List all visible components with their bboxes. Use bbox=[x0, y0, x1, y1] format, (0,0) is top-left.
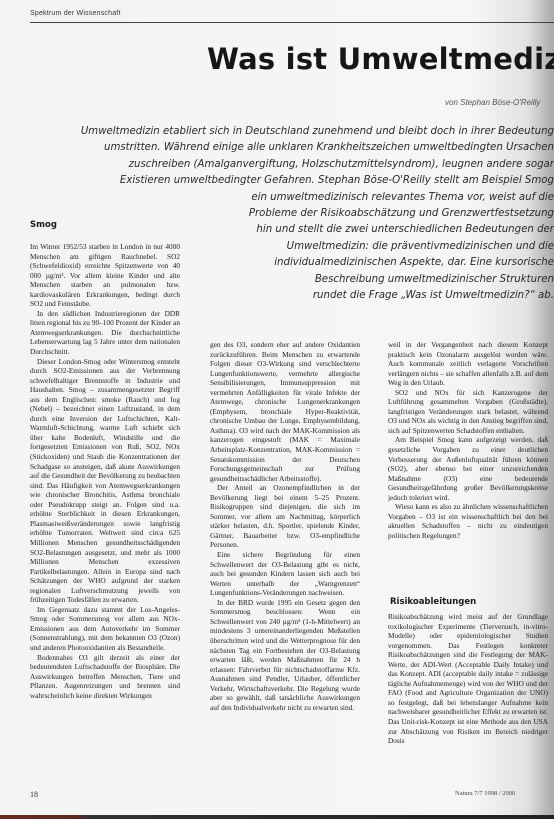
footer-source: Natura 7/7 1998 / 2000 bbox=[455, 790, 515, 797]
bottom-rule bbox=[0, 815, 554, 819]
section-heading-smog: Smog bbox=[30, 220, 57, 230]
paragraph: Risikoabschätzung wird meist auf der Gru… bbox=[388, 612, 548, 746]
paragraph: Der Anteil an Ozonempfindlichen in der B… bbox=[210, 483, 360, 550]
paragraph: SO2 und NOx für sich Kanzerogene der Luf… bbox=[388, 388, 548, 436]
column-right-risk: Risikoabschätzung wird meist auf der Gru… bbox=[388, 612, 548, 762]
lead-line: hin und stellt die zwei unterschiedliche… bbox=[80, 222, 554, 238]
column-middle: gen des O3, sondern eher auf andere Oxid… bbox=[210, 340, 360, 740]
paragraph: Eine sichere Begründung für einen Schwel… bbox=[210, 550, 360, 598]
lead-line: Umweltmedizin etabliert sich in Deutschl… bbox=[80, 124, 554, 140]
paragraph: Am Beispiel Smog kann aufgezeigt werden,… bbox=[388, 435, 548, 502]
column-right: weil in der Vergangenheit nach diesem Ko… bbox=[388, 340, 548, 590]
paragraph: gen des O3, sondern eher auf andere Oxid… bbox=[210, 340, 360, 483]
paragraph: In der BRD wurde 1995 ein Gesetz gegen d… bbox=[210, 598, 360, 713]
paragraph: Bodennahes O3 gilt derzeit als einer der… bbox=[30, 653, 180, 701]
lead-line: Existieren umweltbedingter Gefahren. Ste… bbox=[80, 173, 554, 189]
magazine-page: Spektrum der Wissenschaft Was ist Umwelt… bbox=[0, 0, 554, 819]
lead-line: Probleme der Risikoabschätzung und Grenz… bbox=[80, 206, 554, 222]
paragraph: Wieso kann es also zu ähnlichen wissensc… bbox=[388, 502, 548, 540]
article-title: Was ist Umweltmedizin? bbox=[207, 42, 554, 76]
paragraph: Im Winter 1952/53 starben in London in n… bbox=[30, 242, 180, 309]
section-heading-risikoableitungen: Risikoableitungen bbox=[390, 597, 476, 607]
paragraph: weil in der Vergangenheit nach diesem Ko… bbox=[388, 340, 548, 388]
running-head: Spektrum der Wissenschaft bbox=[30, 10, 554, 23]
page-number: 18 bbox=[30, 790, 38, 799]
paragraph: In den südlichen Industrieregionen der D… bbox=[30, 309, 180, 357]
lead-line: umstritten. Während einige alle unklaren… bbox=[80, 140, 554, 156]
column-left: Im Winter 1952/53 starben in London in n… bbox=[30, 242, 180, 742]
lead-line: ein umweltmedizinisch relevantes Thema v… bbox=[80, 190, 554, 206]
lead-line: zuschreiben (Amalganvergiftung, Holzschu… bbox=[80, 157, 554, 173]
paragraph: Dieser London-Smog oder Wintersmog entst… bbox=[30, 357, 180, 605]
article-byline: von Stephan Böse-O'Reilly bbox=[445, 98, 540, 107]
paragraph: Im Gegensatz dazu stammt der Los-Angeles… bbox=[30, 605, 180, 653]
